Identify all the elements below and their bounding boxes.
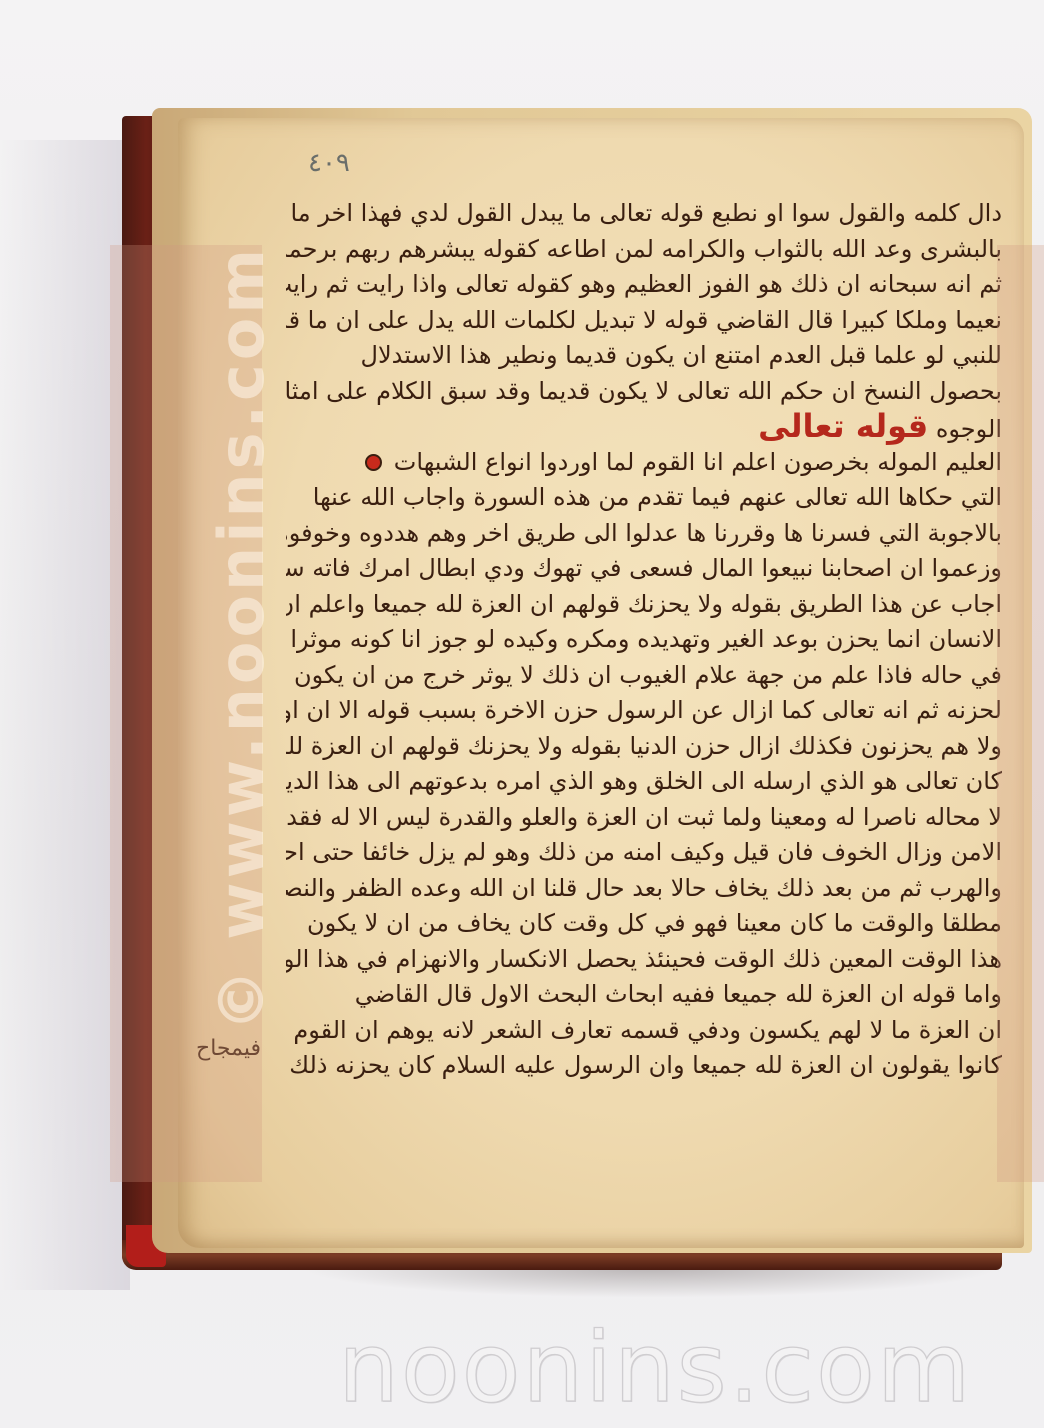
text-line: العليم الموله بخرصون اعلم انا القوم لما … [286, 445, 1002, 481]
text-line: التي حكاها الله تعالى عنهم فيما تقدم من … [286, 480, 1002, 516]
manuscript-text-block: دال كلمه والقول سوا او نطبع قوله تعالى م… [286, 196, 1002, 1084]
text-line: ثم انه سبحانه ان ذلك هو الفوز العظيم وهو… [286, 267, 1002, 303]
text-line: ولا هم يحزنون فكذلك ازال حزن الدنيا بقول… [286, 729, 1002, 765]
folio-number: ٤٠٩ [308, 148, 350, 178]
text-line: لا محاله ناصرا له ومعينا ولما ثبت ان الع… [286, 800, 1002, 836]
text-fragment: العليم الموله بخرصون اعلم انا القوم لما … [394, 448, 1002, 476]
text-line: ان العزة ما لا لهم يكسون ودفي قسمه تعارف… [286, 1013, 1002, 1049]
text-line: والهرب ثم من بعد ذلك يخاف حالا بعد حال ق… [286, 871, 1002, 907]
text-line: بحصول النسخ ان حكم الله تعالى لا يكون قد… [286, 374, 1002, 410]
text-line: اجاب عن هذا الطريق بقوله ولا يحزنك قولهم… [286, 587, 1002, 623]
text-line: بالاجوبة التي فسرنا ها وقررنا ها عدلوا ا… [286, 516, 1002, 552]
text-line: مطلقا والوقت ما كان معينا فهو في كل وقت … [286, 906, 1002, 942]
text-line: لحزنه ثم انه تعالى كما ازال عن الرسول حز… [286, 693, 1002, 729]
text-line: بالبشرى وعد الله بالثواب والكرامه لمن اط… [286, 232, 1002, 268]
text-line: الامن وزال الخوف فان قيل وكيف امنه من ذل… [286, 835, 1002, 871]
text-line: في حاله فاذا علم من جهة علام الغيوب ان ذ… [286, 658, 1002, 694]
text-line: كان تعالى هو الذي ارسله الى الخلق وهو ال… [286, 764, 1002, 800]
text-line: دال كلمه والقول سوا او نطبع قوله تعالى م… [286, 196, 1002, 232]
watermark-vertical-text: www.noonins.com © [205, 245, 278, 1031]
text-line-with-rubric: الوجوه قوله تعالى [286, 409, 1002, 445]
watermark-strip-right [997, 245, 1044, 1182]
text-line: للنبي لو علما قبل العدم امتنع ان يكون قد… [286, 338, 1002, 374]
rubric-heading: قوله تعالى [758, 409, 928, 445]
text-line: وزعموا ان اصحابنا نبيعوا المال فسعى في ت… [286, 551, 1002, 587]
book-shadow [300, 1268, 1000, 1298]
text-line: هذا الوقت المعين ذلك الوقت فحينئذ يحصل ا… [286, 942, 1002, 978]
watermark-bottom: noonins.com [338, 1318, 948, 1418]
text-line: واما قوله ان العزة لله جميعا ففيه ابحاث … [286, 977, 1002, 1013]
text-fragment: الوجوه [936, 415, 1002, 443]
verse-end-marker-icon [365, 454, 382, 471]
text-line: كانوا يقولون ان العزة لله جميعا وان الرس… [286, 1048, 1002, 1084]
text-line: الانسان انما يحزن بوعد الغير وتهديده ومك… [286, 622, 1002, 658]
watermark-vertical: www.noonins.com © [218, 245, 278, 1182]
text-line: نعيما وملكا كبيرا قال القاضي قوله لا تبد… [286, 303, 1002, 339]
